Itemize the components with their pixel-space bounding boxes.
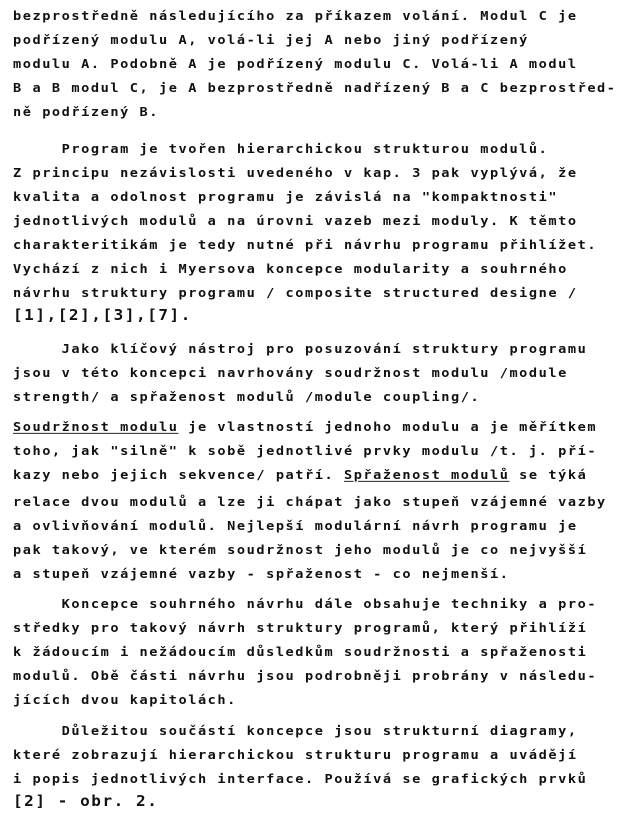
text-line: Koncepce souhrného návrhu dále obsahuje … xyxy=(13,597,597,612)
text-line: kvalita a odolnost programu je závislá n… xyxy=(13,190,558,205)
text-line: Vychází z nich i Myersova koncepce modul… xyxy=(13,262,568,277)
text-line: návrhu struktury programu / composite st… xyxy=(13,286,578,301)
text-line: Důležitou součástí koncepce jsou struktu… xyxy=(13,724,578,739)
text-line: k žádoucím i nežádoucím důsledkům soudrž… xyxy=(13,645,587,660)
text-line: jsou v této koncepci navrhovány soudržno… xyxy=(13,366,568,381)
underlined-term: Spřaženost modulů xyxy=(344,468,509,483)
text-line-rest: je vlastností jednoho modulu a je měřítk… xyxy=(178,420,597,435)
text-line: pak takový, ve kterém soudržnost jeho mo… xyxy=(13,543,587,558)
figure-reference: [2] - obr. 2. xyxy=(13,794,158,809)
text-line: bezprostředně následujícího za příkazem … xyxy=(13,9,578,24)
text-line: B a B modul C, je A bezprostředně nadříz… xyxy=(13,81,617,96)
text-line: středky pro takový návrh struktury progr… xyxy=(13,621,587,636)
text-line: a ovlivňování modulů. Nejlepší modulární… xyxy=(13,519,578,534)
text-line: i popis jednotlivých interface. Používá … xyxy=(13,772,587,787)
citation-references: [1],[2],[3],[7]. xyxy=(13,308,192,323)
text-line: jících dvou kapitolách. xyxy=(13,693,237,708)
text-line: modulu A. Podobně A je podřízený modulu … xyxy=(13,57,578,72)
underlined-term: Soudržnost modulu xyxy=(13,420,178,435)
typewritten-page: bezprostředně následujícího za příkazem … xyxy=(0,0,627,823)
text-line: modulů. Obě části návrhu jsou podrobněji… xyxy=(13,669,597,684)
text-line: Jako klíčový nástroj pro posuzování stru… xyxy=(13,342,587,357)
text-line: které zobrazují hierarchickou strukturu … xyxy=(13,748,578,763)
text-line: jednotlivých modulů a na úrovni vazeb me… xyxy=(13,214,578,229)
text-line: charakteritikám je tedy nutné při návrhu… xyxy=(13,238,597,253)
text-line: toho, jak "silně" k sobě jednotlivé prvk… xyxy=(13,444,597,459)
text-line: Program je tvořen hierarchickou struktur… xyxy=(13,142,548,157)
text-line: strength/ a spřaženost modulů /module co… xyxy=(13,390,480,405)
text-line-rest: se týká xyxy=(509,468,587,483)
text-line: podřízený modulu A, volá-li jej A nebo j… xyxy=(13,33,529,48)
text-line-with-term: Soudržnost modulu je vlastností jednoho … xyxy=(13,420,597,435)
text-line: Z principu nezávislosti uvedeného v kap.… xyxy=(13,166,578,181)
text-line-before: kazy nebo jejich sekvence/ patří. xyxy=(13,468,344,483)
text-line-with-term: kazy nebo jejich sekvence/ patří. Spřaže… xyxy=(13,468,587,483)
text-line: ně podřízený B. xyxy=(13,105,159,120)
text-line: a stupeň vzájemné vazby - spřaženost - c… xyxy=(13,567,509,582)
text-line: relace dvou modulů a lze ji chápat jako … xyxy=(13,495,607,510)
